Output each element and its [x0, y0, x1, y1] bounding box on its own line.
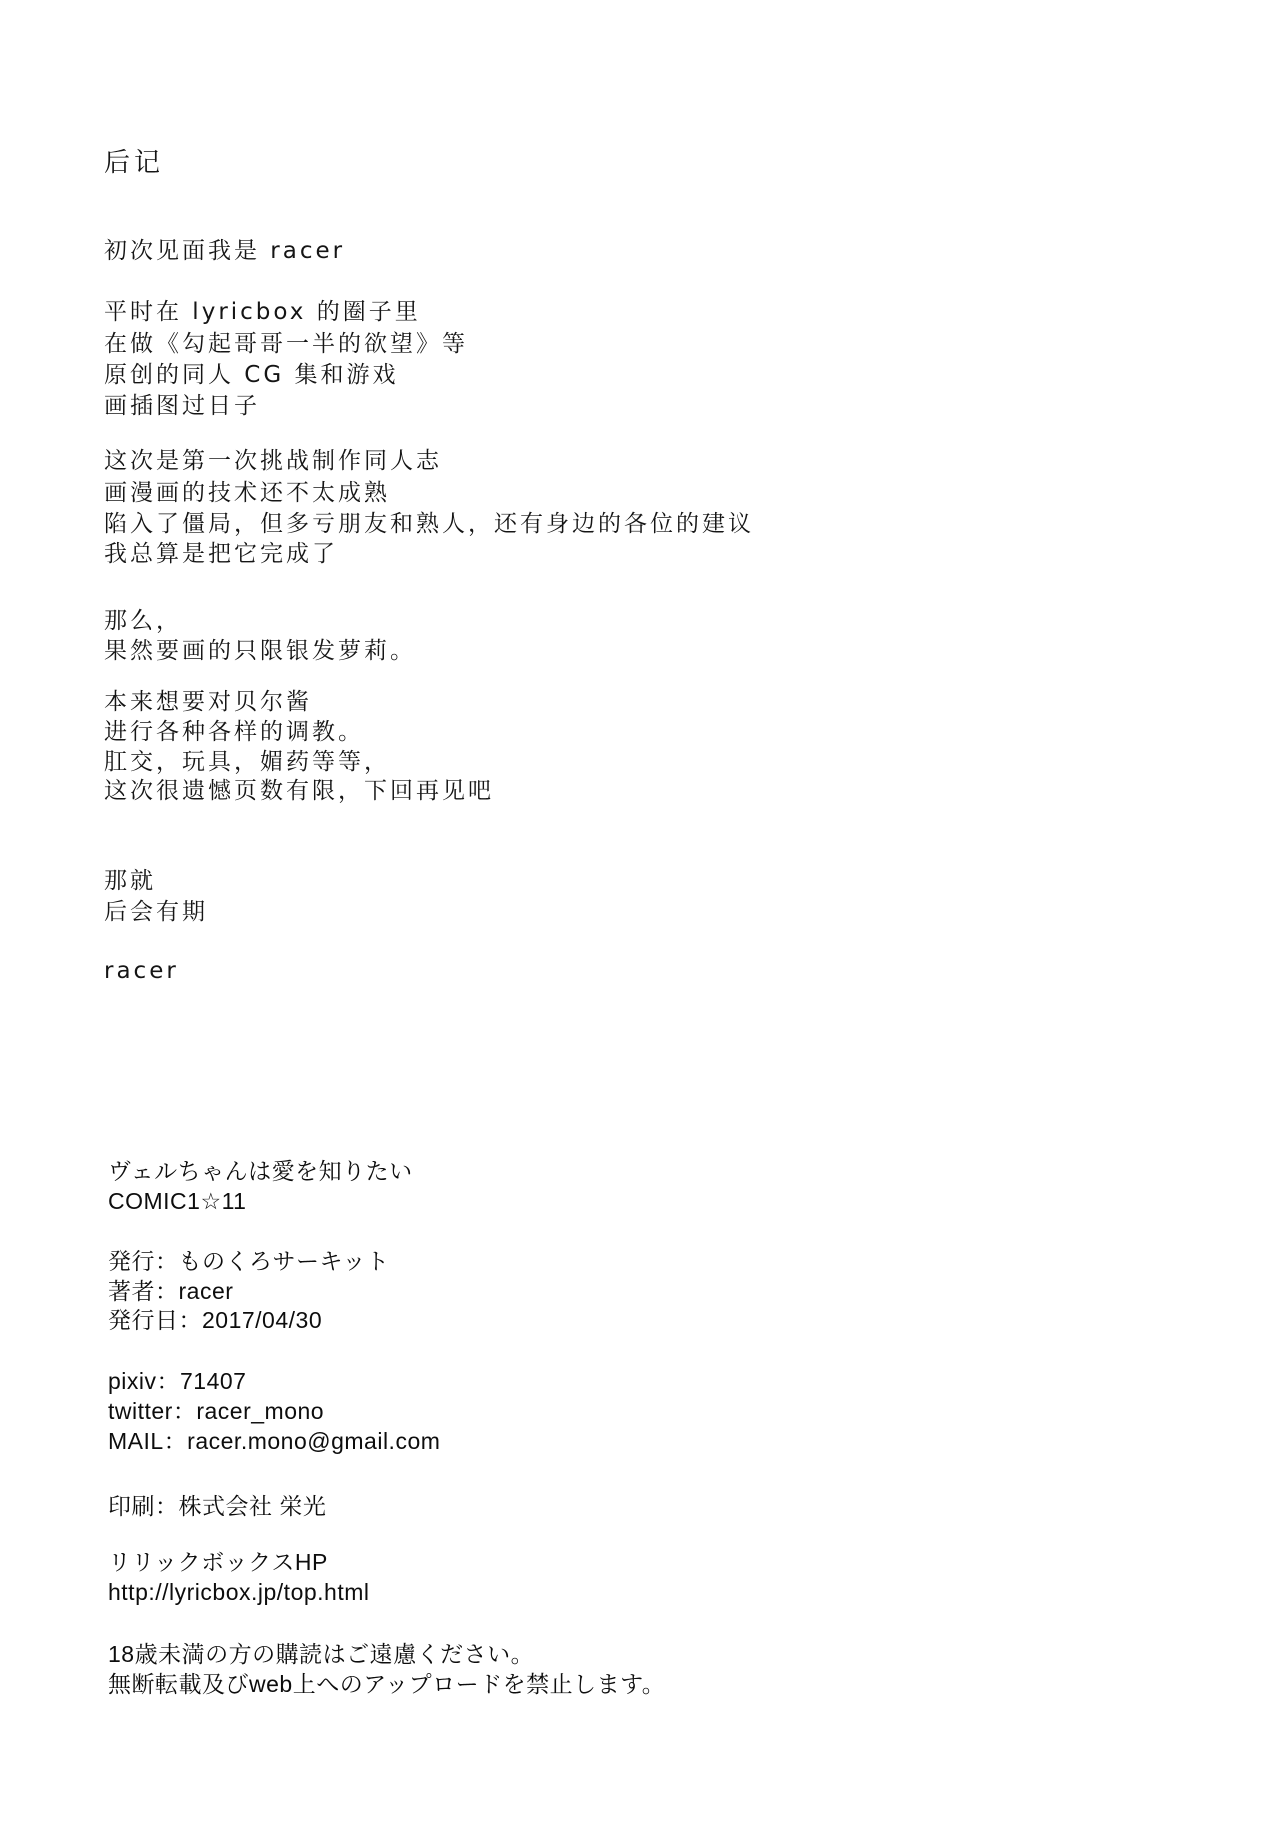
- afterword-line: 果然要画的只限银发萝莉。: [104, 640, 416, 663]
- afterword-line: 我总算是把它完成了: [104, 543, 338, 566]
- afterword-line: 画插图过日子: [104, 395, 260, 418]
- event-name: COMIC1☆11: [108, 1190, 246, 1213]
- afterword-line: 在做《勾起哥哥一半的欲望》等: [104, 333, 468, 356]
- afterword-signature: racer: [104, 960, 179, 983]
- release-date: 発行日：2017/04/30: [108, 1309, 322, 1332]
- afterword-line: 进行各种各样的调教。: [104, 721, 364, 744]
- upload-notice: 無断転載及びweb上へのアップロードを禁止します。: [108, 1673, 665, 1696]
- afterword-page: 后记 初次见面我是 racer 平时在 lyricbox 的圈子里 在做《勾起哥…: [0, 0, 1280, 1834]
- afterword-line: 这次很遗憾页数有限，下回再见吧: [104, 780, 494, 803]
- afterword-line: 后会有期: [104, 901, 208, 924]
- author: 著者：racer: [108, 1280, 233, 1303]
- afterword-line: 初次见面我是 racer: [104, 240, 345, 263]
- afterword-line: 平时在 lyricbox 的圈子里: [104, 301, 421, 324]
- twitter-handle: twitter：racer_mono: [108, 1400, 324, 1423]
- afterword-title: 后记: [104, 150, 164, 176]
- afterword-line: 画漫画的技术还不太成熟: [104, 482, 390, 505]
- homepage-label: リリックボックスHP: [108, 1551, 328, 1574]
- homepage-url: http://lyricbox.jp/top.html: [108, 1581, 370, 1604]
- afterword-line: 原创的同人 CG 集和游戏: [104, 364, 399, 387]
- afterword-line: 那么，: [104, 610, 182, 633]
- afterword-line: 陷入了僵局，但多亏朋友和熟人，还有身边的各位的建议: [104, 513, 754, 536]
- afterword-line: 肛交，玩具，媚药等等，: [104, 751, 390, 774]
- afterword-line: 那就: [104, 870, 156, 893]
- mail-address: MAIL：racer.mono@gmail.com: [108, 1430, 440, 1453]
- age-notice: 18歳未満の方の購読はご遠慮ください。: [108, 1643, 534, 1666]
- printer: 印刷：株式会社 栄光: [108, 1495, 326, 1518]
- book-title: ヴェルちゃんは愛を知りたい: [108, 1160, 413, 1183]
- afterword-line: 本来想要对贝尔酱: [104, 691, 312, 714]
- publisher: 発行：ものくろサーキット: [108, 1250, 390, 1273]
- afterword-line: 这次是第一次挑战制作同人志: [104, 450, 442, 473]
- pixiv-id: pixiv：71407: [108, 1370, 246, 1393]
